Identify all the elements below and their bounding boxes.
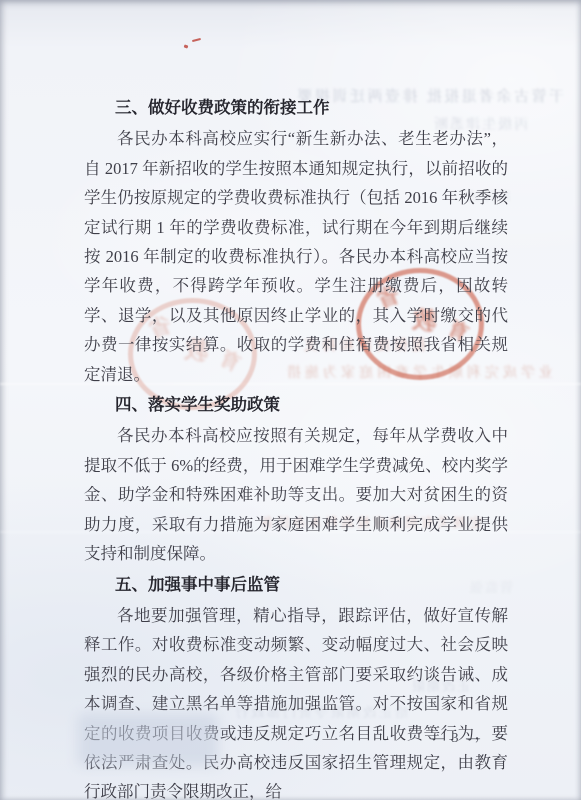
section-heading: 三、做好收费政策的衔接工作 [115,94,508,123]
section-student-aid-policy: 四、落实学生奖助政策 各民办本科高校应按照有关规定，每年从学费收入中提取不低于 … [84,391,508,568]
section-paragraph: 各民办本科高校应实行“新生新办法、老生老办法”，自 2017 年新招收的学生按照… [84,124,508,389]
scan-smudge [78,714,218,766]
section-paragraph: 各民办本科高校应按照有关规定，每年从学费收入中提取不低于 6%的经费，用于困难学… [84,421,508,568]
section-heading: 五、加强事中事后监管 [115,571,508,600]
scanned-document-page: 干管古余者退报批 排壹两迁训提要 丙级生津悉断 期行试 提保度制和持支 业学成完… [0,0,581,800]
document-body: 三、做好收费政策的衔接工作 各民办本科高校应实行“新生新办法、老生老办法”，自 … [84,92,508,800]
page-number: — 3 — [430,731,482,747]
red-pen-mark [184,38,202,50]
section-paragraph: 各地要加强管理，精心指导，跟踪评估，做好宣传解释工作。对收费标准变动频繁、变动幅… [84,601,508,800]
section-fee-policy-transition: 三、做好收费政策的衔接工作 各民办本科高校应实行“新生新办法、老生老办法”，自 … [84,94,508,389]
section-heading: 四、落实学生奖助政策 [115,391,508,420]
